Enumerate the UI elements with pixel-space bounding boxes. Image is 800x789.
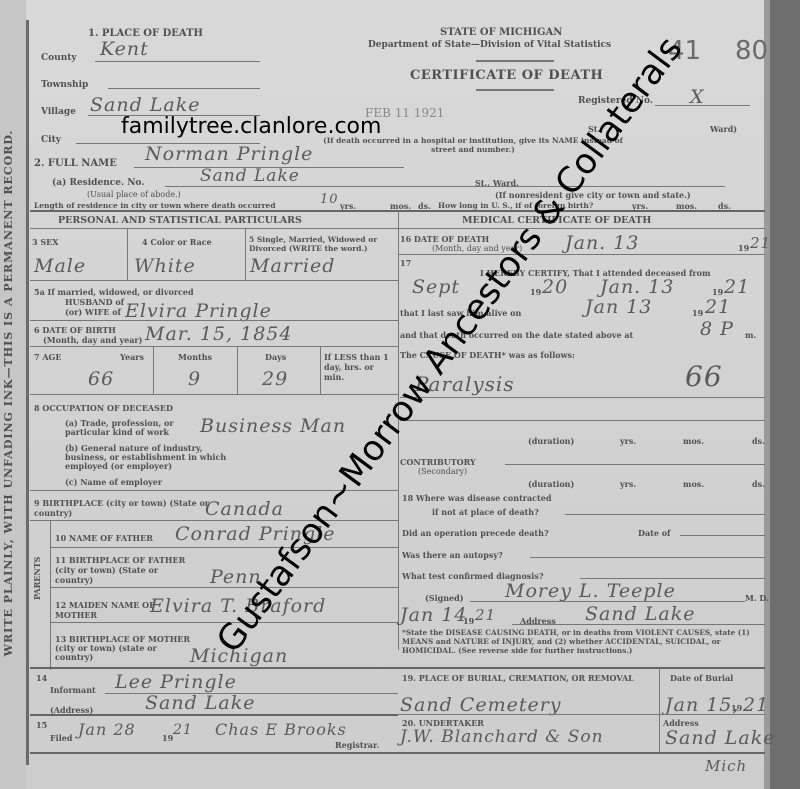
mother-birthplace-label: 13 BIRTHPLACE OF MOTHER (city or town) (…: [55, 635, 195, 662]
underline: [505, 464, 765, 465]
city-label: City: [41, 135, 61, 145]
village-value: Sand Lake: [90, 94, 201, 116]
duration-label-2: (duration): [528, 479, 574, 489]
autopsy-label: Was there an autopsy?: [402, 550, 503, 560]
attended-to: Jan. 13: [600, 276, 674, 298]
underline: [470, 601, 745, 602]
secondary-label: (Secondary): [418, 467, 467, 476]
rule: [398, 228, 765, 229]
state-name: STATE OF MICHIGAN: [440, 27, 562, 38]
marital-value: Married: [250, 255, 335, 277]
dod-year: 21: [750, 234, 771, 252]
divider: [476, 60, 554, 62]
date-of-label: Date of: [638, 528, 670, 538]
race-label: 4 Color or Race: [142, 237, 212, 247]
rule: [30, 346, 398, 347]
spouse-value: Elvira Pringle: [125, 300, 272, 322]
signed-year: 21: [475, 606, 496, 624]
watermark-url: familytree.clanlore.com: [121, 114, 381, 139]
rule: [50, 587, 398, 588]
months-label: Months: [178, 352, 212, 362]
age-days-value: 29: [262, 368, 288, 390]
ds-label: ds.: [752, 436, 765, 446]
footnote: *State the DISEASE CAUSING DEATH, or in …: [402, 628, 765, 655]
ward-label: Ward): [710, 124, 737, 134]
burial-year-prefix: 19: [731, 703, 742, 713]
age-months-value: 9: [188, 368, 201, 390]
signed-date: Jan 14: [400, 604, 467, 626]
duration-label-1: (duration): [528, 436, 574, 446]
length-label: Length of residence in city or town wher…: [34, 201, 276, 210]
underline: [165, 186, 725, 187]
spouse-label-1: 5a If married, widowed, or divorced: [34, 287, 194, 297]
attended-to-year: 21: [724, 276, 750, 298]
occupation-b-label: (b) General nature of industry, business…: [65, 444, 245, 471]
informant-label: Informant: [50, 685, 96, 695]
yrs-label: yrs.: [620, 479, 636, 489]
divider: [476, 89, 554, 91]
from-year-prefix: 19: [530, 287, 541, 297]
underline: [95, 61, 260, 62]
cell-divider: [659, 667, 660, 752]
last-saw-year: 21: [705, 296, 731, 318]
underline: [565, 514, 765, 515]
less-label: If LESS than 1 day, hrs. or min.: [324, 352, 394, 382]
rule: [50, 547, 398, 548]
ds-label: ds.: [752, 479, 765, 489]
filed-year-prefix: 19: [162, 733, 173, 743]
rule: [398, 667, 765, 669]
undertaker-value: J.W. Blanchard & Son: [400, 727, 604, 747]
residence-sub: (Usual place of abode.): [87, 190, 181, 199]
dod-label-1: 16 DATE OF DEATH: [400, 234, 489, 244]
registrar-label: Registrar.: [335, 740, 379, 750]
days-label: Days: [265, 352, 286, 362]
length-years: 10: [320, 192, 339, 207]
filed-date: Jan 28: [78, 720, 136, 739]
mother-label: 12 MAIDEN NAME OF MOTHER: [55, 600, 155, 620]
occupation-a-label: (a) Trade, profession, or particular kin…: [65, 419, 205, 437]
underline: [512, 624, 765, 625]
underline: [400, 420, 765, 421]
cause-code: 66: [685, 360, 723, 393]
spouse-label-2: HUSBAND of: [65, 297, 124, 307]
mos-label: mos.: [683, 479, 704, 489]
q18-sub: if not at place of death?: [432, 507, 539, 517]
filed-label: Filed: [50, 733, 72, 743]
filed-number: 15: [36, 720, 47, 730]
dob-value: Mar. 15, 1854: [145, 323, 292, 345]
yrs-label: yrs.: [620, 436, 636, 446]
burial-place: Sand Cemetery: [400, 694, 562, 716]
township-label: Township: [41, 80, 88, 90]
filed-year: 21: [173, 722, 193, 738]
underline: [655, 105, 750, 106]
marital-label: 5 Single, Married, Widowed or Divorced (…: [249, 235, 384, 253]
q18-label: 18 Where was disease contracted: [402, 493, 551, 503]
nonresident-note: (If nonresident give city or town and st…: [495, 190, 691, 200]
burial-year: 21: [743, 694, 769, 716]
bottom-rule: [30, 752, 765, 754]
race-value: White: [134, 255, 196, 277]
rule: [398, 714, 765, 715]
informant-number: 14: [36, 673, 47, 683]
personal-heading: PERSONAL AND STATISTICAL PARTICULARS: [58, 215, 302, 226]
residence-label: (a) Residence. No.: [52, 178, 144, 188]
side-instruction: WRITE PLAINLY, WITH UNFADING INK—THIS IS…: [2, 43, 22, 743]
physician-address: Sand Lake: [585, 603, 696, 625]
rule: [30, 228, 398, 229]
rule: [30, 714, 398, 716]
operation-label: Did an operation precede death?: [402, 528, 549, 538]
margin-rule: [26, 20, 29, 765]
cell-divider: [320, 346, 321, 394]
birthplace-label: 9 BIRTHPLACE (city or town) (State or co…: [34, 498, 214, 518]
father-label: 10 NAME OF FATHER: [55, 533, 153, 543]
signed-year-prefix: 19: [463, 616, 474, 626]
birthplace-value: Canada: [205, 498, 284, 520]
time-suffix: m.: [745, 330, 756, 340]
undertaker-address: Sand Lake: [665, 727, 776, 749]
occupation-c-label: (c) Name of employer: [65, 477, 162, 487]
parents-bracket: [50, 520, 51, 670]
full-name-label: 2. FULL NAME: [34, 158, 117, 169]
spouse-label-3: (or) WIFE of: [65, 307, 121, 317]
contributory-label: CONTRIBUTORY: [400, 457, 476, 467]
years-label: Years: [120, 352, 144, 362]
last-saw-year-prefix: 19: [692, 308, 703, 318]
time-value: 8 P: [700, 318, 734, 340]
informant-address-value: Sand Lake: [145, 692, 256, 714]
attended-from-year: 20: [542, 276, 568, 298]
cell-divider: [127, 228, 128, 280]
county-label: County: [41, 53, 77, 63]
last-saw-value: Jan 13: [585, 296, 652, 318]
village-label: Village: [41, 107, 76, 117]
mos-label: mos.: [683, 436, 704, 446]
burial-date-label: Date of Burial: [670, 673, 733, 683]
rule: [30, 394, 398, 395]
dob-label-2: (Month, day and year): [43, 335, 142, 345]
sex-value: Male: [34, 255, 86, 277]
cell-divider: [153, 346, 154, 394]
registrar-signature: Chas E Brooks: [215, 720, 347, 739]
full-name-value: Norman Pringle: [145, 143, 313, 165]
underline: [680, 535, 765, 536]
occupation-value: Business Man: [200, 415, 346, 437]
parents-label: PARENTS: [32, 557, 42, 600]
file-number: 80: [735, 36, 768, 66]
physician-signature: Morey L. Teeple: [505, 580, 676, 602]
underline: [400, 397, 765, 398]
cell-divider: [237, 346, 238, 394]
residence-value: Sand Lake: [200, 166, 300, 186]
occupation-label: 8 OCCUPATION OF DECEASED: [34, 403, 173, 413]
department: Department of State—Division of Vital St…: [368, 40, 611, 50]
county-value: Kent: [100, 38, 149, 60]
cell-divider: [245, 228, 246, 280]
attended-from: Sept: [412, 276, 460, 298]
signed-label: (Signed): [425, 593, 463, 603]
underline: [530, 557, 765, 558]
md-label: M. D.: [745, 593, 769, 603]
num-17: 17: [400, 258, 411, 268]
scan-border: [770, 0, 800, 789]
underline: [580, 578, 765, 579]
certificate-title: CERTIFICATE OF DEATH: [410, 68, 603, 83]
rule: [398, 254, 765, 255]
dob-label-1: 6 DATE OF BIRTH: [34, 325, 116, 335]
rule: [30, 280, 398, 281]
dod-year-prefix: 19: [738, 243, 749, 253]
undertaker-state: Mich: [705, 757, 747, 775]
father-birthplace-label: 11 BIRTHPLACE OF FATHER (city or town) (…: [55, 555, 195, 585]
burial-date: Jan 15,: [665, 694, 739, 716]
age-years-value: 66: [88, 368, 114, 390]
underline: [108, 88, 260, 89]
rule: [30, 320, 398, 321]
burial-label: 19. PLACE OF BURIAL, CREMATION, OR REMOV…: [402, 673, 634, 683]
sex-label: 3 SEX: [32, 237, 58, 247]
age-label: 7 AGE: [34, 352, 62, 362]
dod-value: Jan. 13: [565, 232, 639, 254]
